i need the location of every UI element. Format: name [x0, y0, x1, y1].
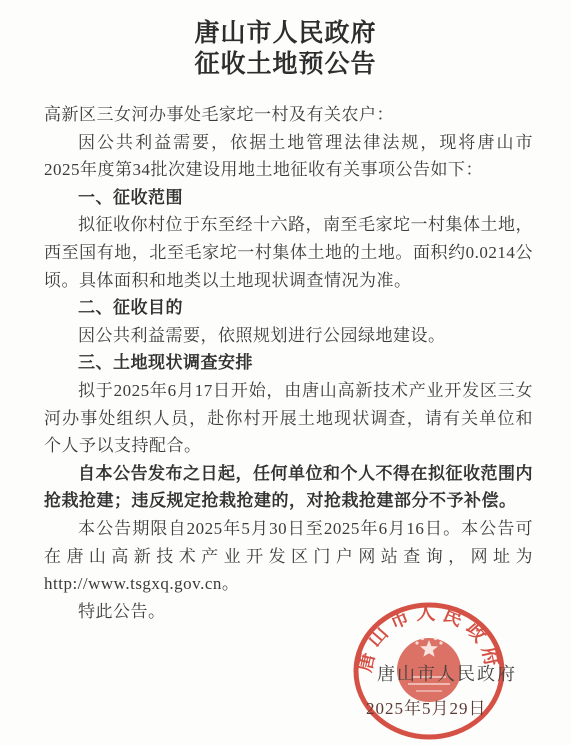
warning-paragraph: 自本公告发布之日起，任何单位和个人不得在拟征收范围内抢栽抢建；违反规定抢栽抢建的… — [44, 460, 533, 515]
section3-heading: 三、土地现状调查安排 — [44, 349, 533, 377]
document-title: 唐山市人民政府 征收土地预公告 — [0, 18, 571, 80]
section1-heading: 一、征收范围 — [44, 184, 533, 212]
validity-paragraph: 本公告期限自2025年5月30日至2025年6月16日。本公告可在唐山高新技术产… — [44, 515, 533, 598]
title-line-2: 征收土地预公告 — [0, 49, 571, 80]
issuer-signature: 唐山市人民政府 — [377, 660, 517, 686]
section2-heading: 二、征收目的 — [44, 294, 533, 322]
title-line-1: 唐山市人民政府 — [0, 18, 571, 49]
intro-paragraph: 因公共利益需要，依据土地管理法律法规，现将唐山市2025年度第34批次建设用地土… — [44, 129, 533, 184]
issue-date: 2025年5月29日 — [366, 694, 487, 719]
section3-paragraph: 拟于2025年6月17日开始，由唐山高新技术产业开发区三女河办事处组织人员，赴你… — [44, 377, 533, 460]
section2-paragraph: 因公共利益需要，依照规划进行公园绿地建设。 — [44, 322, 533, 350]
announcement-page: 唐山市人民政府 征收土地预公告 高新区三女河办事处毛家坨一村及有关农户： 因公共… — [0, 0, 571, 746]
section1-paragraph: 拟征收你村位于东至经十六路，南至毛家坨一村集体土地，西至国有地，北至毛家坨一村集… — [44, 211, 533, 294]
salutation: 高新区三女河办事处毛家坨一村及有关农户： — [44, 101, 533, 129]
document-body: 高新区三女河办事处毛家坨一村及有关农户： 因公共利益需要，依据土地管理法律法规，… — [44, 101, 533, 625]
